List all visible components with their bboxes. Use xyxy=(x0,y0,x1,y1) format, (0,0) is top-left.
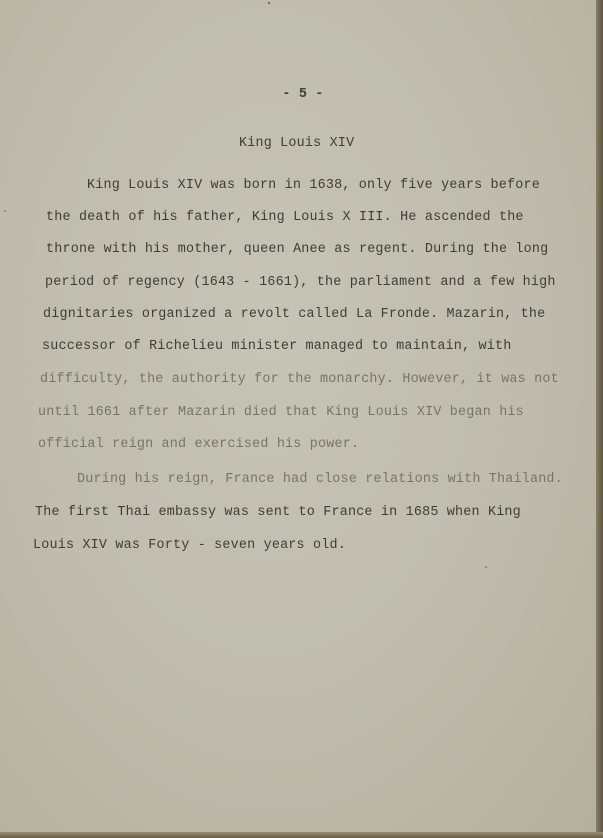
text-line: Louis XIV was Forty - seven years old. xyxy=(33,538,346,553)
page-number: - 5 - xyxy=(0,87,596,102)
text-line: difficulty, the authority for the monarc… xyxy=(40,372,559,387)
document-page: - 5 - King Louis XIV King Louis XIV was … xyxy=(0,0,596,832)
page-edge-bottom xyxy=(0,832,603,838)
document-title: King Louis XIV xyxy=(239,136,354,151)
text-line: until 1661 after Mazarin died that King … xyxy=(38,405,524,420)
text-line: official reign and exercised his power. xyxy=(38,437,359,452)
paper-speck xyxy=(4,210,6,212)
text-line: the death of his father, King Louis X II… xyxy=(46,210,524,225)
page-edge-right xyxy=(596,0,603,838)
text-line: successor of Richelieu minister managed … xyxy=(42,339,511,354)
text-line: During his reign, France had close relat… xyxy=(77,472,563,487)
paper-speck xyxy=(268,2,270,4)
text-line: The first Thai embassy was sent to Franc… xyxy=(35,505,521,520)
paper-speck xyxy=(485,566,487,568)
text-line: throne with his mother, queen Anee as re… xyxy=(46,242,548,257)
text-line: period of regency (1643 - 1661), the par… xyxy=(45,275,556,290)
text-line: King Louis XIV was born in 1638, only fi… xyxy=(87,178,540,193)
text-line: dignitaries organized a revolt called La… xyxy=(43,307,545,322)
